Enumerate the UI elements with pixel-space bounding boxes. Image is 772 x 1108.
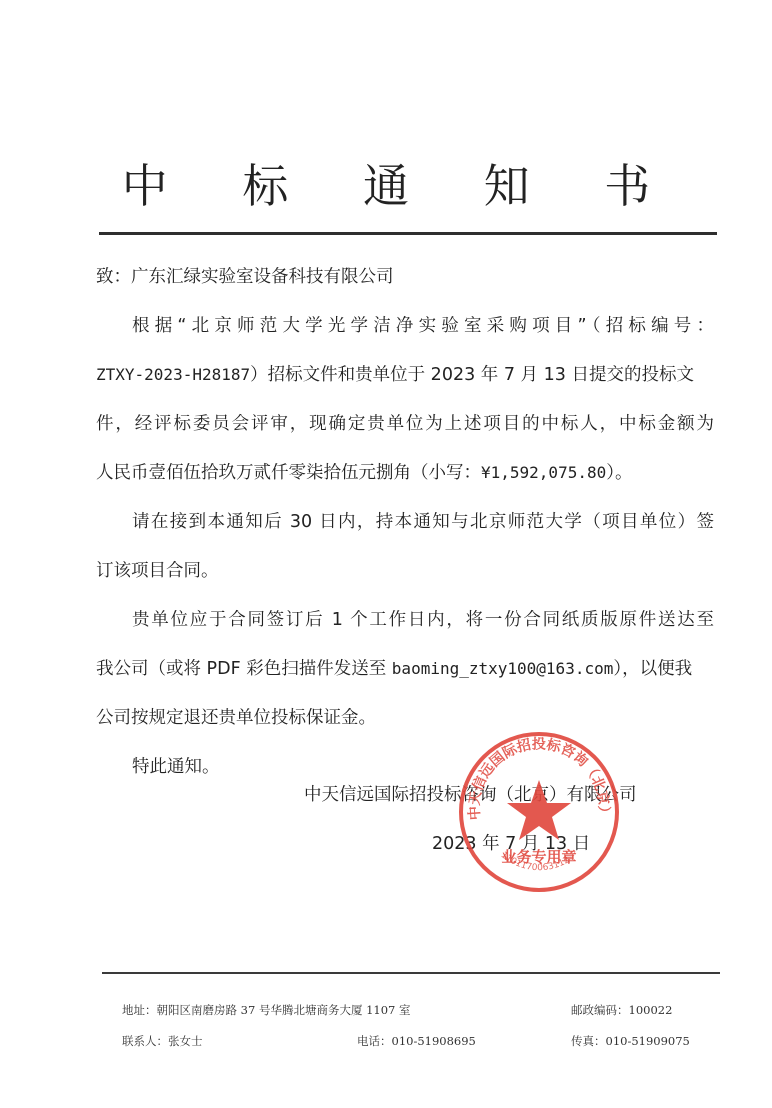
seal-outer-text: 中天信远国际招投标咨询（北京）有限公司 bbox=[455, 728, 612, 821]
fax-label: 传真： bbox=[571, 1034, 606, 1048]
paragraph3-line2: 我公司（或将 PDF 彩色扫描件发送至 baoming_ztxy100@163.… bbox=[96, 655, 692, 680]
address-value: 朝阳区南磨房路 37 号华腾北塘商务大厦 1107 室 bbox=[157, 1003, 411, 1017]
footer-divider bbox=[102, 972, 720, 974]
recipient-line: 致：广东汇绿实验室设备科技有限公司 bbox=[96, 263, 394, 288]
phone-label: 电话： bbox=[357, 1034, 392, 1048]
postcode-label: 邮政编码： bbox=[571, 1003, 629, 1017]
footer-postcode: 邮政编码：100022 bbox=[571, 1002, 672, 1018]
paragraph2-line2: 订该项目合同。 bbox=[96, 557, 219, 582]
recipient-name: 广东汇绿实验室设备科技有限公司 bbox=[131, 267, 394, 287]
paragraph2-line1: 请在接到本通知后 30 日内，持本通知与北京师范大学（项目单位）签 bbox=[132, 508, 714, 533]
paragraph1-line4: 人民币壹佰伍拾玖万贰仟零柒拾伍元捌角（小写：¥1,592,075.80）。 bbox=[96, 459, 632, 484]
amount-in-figures: ¥1,592,075.80 bbox=[481, 463, 606, 482]
paragraph3-line1: 贵单位应于合同签订后 1 个工作日内，将一份合同纸质版原件送达至 bbox=[132, 606, 714, 631]
footer-phone: 电话：010-51908695 bbox=[357, 1033, 476, 1049]
footer-fax: 传真：010-51909075 bbox=[571, 1033, 690, 1049]
recipient-label: 致： bbox=[96, 267, 131, 287]
paragraph3-line2-suffix: ），以便我 bbox=[613, 659, 692, 679]
tender-code: ZTXY-2023-H28187 bbox=[96, 365, 250, 384]
contact-label: 联系人： bbox=[122, 1034, 168, 1048]
document-title: 中 标 通 知 书 bbox=[0, 150, 772, 216]
fax-value: 010-51909075 bbox=[606, 1034, 690, 1048]
postcode-value: 100022 bbox=[629, 1003, 673, 1017]
paragraph1-line3: 件，经评标委员会评审，现确定贵单位为上述项目的中标人，中标金额为 bbox=[96, 410, 714, 435]
paragraph1-line2-rest: ）招标文件和贵单位于 2023 年 7 月 13 日提交的投标文 bbox=[250, 365, 694, 385]
paragraph3-line3: 公司按规定退还贵单位投标保证金。 bbox=[96, 704, 376, 729]
phone-value: 010-51908695 bbox=[392, 1034, 476, 1048]
closing-text: 特此通知。 bbox=[132, 753, 220, 778]
paragraph3-line2-prefix: 我公司（或将 PDF 彩色扫描件发送至 bbox=[96, 659, 392, 679]
paragraph1-line1: 根据“北京师范大学光学洁净实验室采购项目”（招标编号： bbox=[132, 312, 714, 337]
signature-company: 中天信远国际招投标咨询（北京）有限公司 bbox=[304, 781, 637, 806]
address-label: 地址： bbox=[122, 1003, 157, 1017]
contact-value: 张女士 bbox=[168, 1034, 203, 1048]
footer-address: 地址：朝阳区南磨房路 37 号华腾北塘商务大厦 1107 室 bbox=[122, 1002, 411, 1018]
amount-in-words: 人民币壹佰伍拾玖万贰仟零柒拾伍元捌角（小写： bbox=[96, 463, 481, 483]
paragraph1-line2: ZTXY-2023-H28187）招标文件和贵单位于 2023 年 7 月 13… bbox=[96, 361, 694, 386]
footer-contact: 联系人：张女士 bbox=[122, 1033, 203, 1049]
amount-suffix: ）。 bbox=[606, 463, 632, 483]
email-link[interactable]: baoming_ztxy100@163.com bbox=[392, 659, 614, 678]
header-divider bbox=[99, 232, 717, 235]
signature-date: 2023 年 7 月 13 日 bbox=[432, 830, 590, 855]
company-seal: 中天信远国际招投标咨询（北京）有限公司 业务专用章 1101170063112 bbox=[455, 728, 623, 896]
